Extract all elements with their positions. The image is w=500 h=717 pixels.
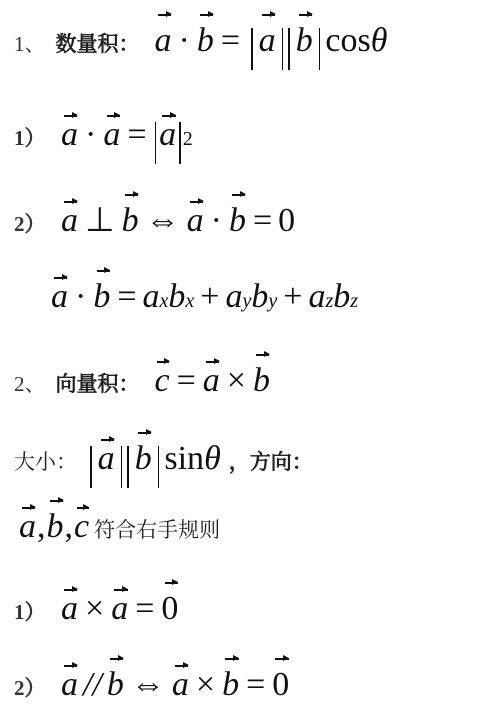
vector-a: a — [258, 22, 277, 60]
vector-b: b — [295, 22, 314, 60]
item-number: 1） — [14, 122, 60, 152]
dot-item-2: 2） a ⊥ b ⇔ a · b = 0 — [14, 200, 295, 240]
vector-a: a — [154, 22, 173, 60]
abs-bar — [282, 28, 284, 70]
direction-label: ，方向： — [229, 446, 313, 476]
magnitude-line: 大小： a b sin θ ，方向： — [14, 440, 313, 482]
section-number: 2、 — [14, 368, 46, 398]
magnitude-formula: a b sin θ — [85, 440, 221, 482]
abs-bar — [251, 28, 253, 70]
perpendicular-formula: a ⊥ b ⇔ a · b = 0 — [60, 200, 295, 240]
item-number: 2） — [14, 208, 60, 238]
section-title: 数量积： — [56, 28, 140, 58]
component-formula: a · b = ax bx + ay by + az bz — [50, 278, 358, 316]
dot-self-formula: a · a = a 2 — [60, 116, 193, 158]
dot-product-definition: a · b = a b cos θ — [154, 22, 388, 64]
item-number: 1） — [14, 596, 60, 626]
parallel-formula: a // b ⇔ a × b = 0 — [60, 666, 290, 704]
section-1-heading: 1、 数量积： a · b = a b cos θ — [14, 22, 387, 64]
vector-b: b — [196, 22, 215, 60]
section-number: 1、 — [14, 28, 46, 58]
cross-item-1: 1） a × a = 0 — [14, 590, 179, 628]
magnitude-label: 大小： — [14, 446, 77, 476]
section-title: 向量积： — [56, 368, 140, 398]
right-hand-rule-text: 符合右手规则 — [94, 514, 220, 544]
item-number: 2） — [14, 672, 60, 702]
abs-bar — [319, 28, 321, 70]
cross-self-formula: a × a = 0 — [60, 590, 179, 628]
cross-product-definition: c = a × b — [154, 362, 271, 400]
dot-item-1: 1） a · a = a 2 — [14, 116, 193, 158]
direction-line: a, b, c 符合右手规则 — [18, 508, 220, 546]
abs-bar — [288, 28, 290, 70]
section-2-heading: 2、 向量积： c = a × b — [14, 362, 271, 400]
cross-item-2: 2） a // b ⇔ a × b = 0 — [14, 666, 290, 704]
direction-vectors: a, b, c — [18, 508, 90, 546]
